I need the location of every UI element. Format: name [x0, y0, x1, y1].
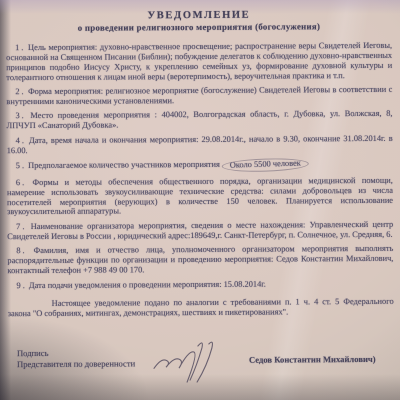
- notification-item-3: 3. Место проведения мероприятия : 404002…: [6, 109, 392, 131]
- item-text: Цель мероприятия: духовно-нравственное п…: [6, 41, 392, 82]
- document-title: УВЕДОМЛЕНИЕ: [6, 10, 392, 22]
- item-number: 9.: [16, 281, 26, 290]
- item-number: 4.: [16, 136, 26, 145]
- notification-item-6: 6. Формы и методы обеспечения общественн…: [7, 176, 393, 218]
- notification-item-5: 5. Предполагаемое количество участников …: [7, 158, 393, 173]
- notification-item-9: 9. Дата подачи уведомления о проведении …: [7, 279, 393, 291]
- notification-item-4: 4. Дата, время начала и окончания меропр…: [7, 134, 393, 156]
- notification-item-2: 2. Форма мероприятия: религиозное меропр…: [6, 85, 392, 107]
- document-subtitle: о проведении религиозного мероприятия (б…: [6, 22, 392, 34]
- item-number: 1.: [15, 43, 25, 52]
- item-number: 8.: [16, 246, 26, 255]
- item-text: Форма мероприятия: религиозное мероприят…: [6, 85, 392, 106]
- item-number: 7.: [16, 222, 26, 231]
- signature-scribble: [151, 338, 229, 390]
- item-number: 3.: [15, 112, 25, 121]
- pen-oval-annotation: Около 5500 человек: [222, 157, 309, 173]
- signature-block: Подпись Представителя по доверенности Се…: [1, 337, 400, 395]
- document-photo: УВЕДОМЛЕНИЕ о проведении религиозного ме…: [0, 0, 400, 400]
- signature-label: Подпись Представителя по доверенности: [17, 347, 135, 370]
- notification-item-8: 8. Фамилия, имя и отчество лица, уполном…: [7, 244, 393, 276]
- notification-document: УВЕДОМЛЕНИЕ о проведении религиозного ме…: [0, 0, 400, 400]
- item-number: 2.: [15, 87, 25, 96]
- item-text: Дата подачи уведомления о проведении мер…: [29, 279, 266, 289]
- item-text: Место проведения мероприятия : 404002, В…: [7, 109, 393, 130]
- signatory-name: Седов Константин Михайлович): [249, 355, 376, 366]
- item-text: Формы и методы обеспечения общественного…: [7, 176, 393, 217]
- notification-item-7: 7. Наименование организатора мероприятия…: [7, 220, 393, 242]
- item-text: Предполагаемое количество участников мер…: [28, 160, 220, 170]
- notification-item-1: 1. Цель мероприятия: духовно-нравственно…: [6, 41, 392, 83]
- signature-label-line2: Представителя по доверенности: [17, 358, 135, 370]
- signature-label-line1: Подпись: [17, 347, 135, 359]
- legal-basis-paragraph: Настоящее уведомление подано по аналогии…: [8, 296, 394, 318]
- item-text: Наименование организатора мероприятия, с…: [7, 220, 393, 241]
- item-number: 5.: [16, 161, 26, 170]
- item-number: 6.: [16, 178, 26, 187]
- item-text: Фамилия, имя и отчество лица, уполномоче…: [7, 244, 393, 275]
- item-text: Дата, время начала и окончания мероприят…: [7, 134, 393, 155]
